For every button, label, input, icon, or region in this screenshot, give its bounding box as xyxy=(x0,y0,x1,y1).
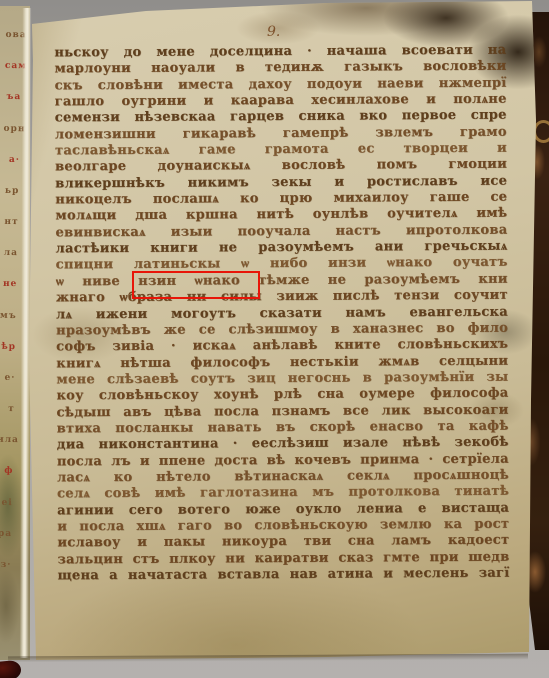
edge-letter-fragment: ра xyxy=(0,528,17,538)
edge-letter-fragment: е· xyxy=(0,373,20,383)
edge-letter-fragment: не xyxy=(0,279,22,289)
manuscript-photo: овасамъаорна·ьрнтланемъѣре·тилафеіраз· 9… xyxy=(0,0,549,678)
bottom-clasp xyxy=(0,660,22,678)
manuscript-page: 9. ньскоу до мене доселцина · начаша всо… xyxy=(26,0,538,662)
edge-letter-fragment: нт xyxy=(2,217,24,227)
edge-letter-fragment: еі xyxy=(0,497,18,507)
text-block: ньскоу до мене доселцина · начаша всоева… xyxy=(54,43,509,606)
text-line: жнаго ѡбраза ни силы зииж пислѣ тензи со… xyxy=(56,288,508,307)
text-line: щена а начатаста вставла нав атина и мес… xyxy=(57,566,509,585)
edge-letter-fragment: ѣр xyxy=(0,341,21,351)
edge-letter-fragment: ила xyxy=(0,435,19,445)
edge-letter-fragment: ф xyxy=(0,466,19,476)
edge-letter-fragment: т xyxy=(0,404,20,414)
edge-letter-fragment: з· xyxy=(0,560,17,570)
folio-number: 9. xyxy=(267,24,280,40)
text-line xyxy=(58,582,510,601)
edge-letter-fragment: мъ xyxy=(0,310,22,320)
edge-letter-fragment: ла xyxy=(1,248,23,258)
highlight-box xyxy=(132,271,260,299)
